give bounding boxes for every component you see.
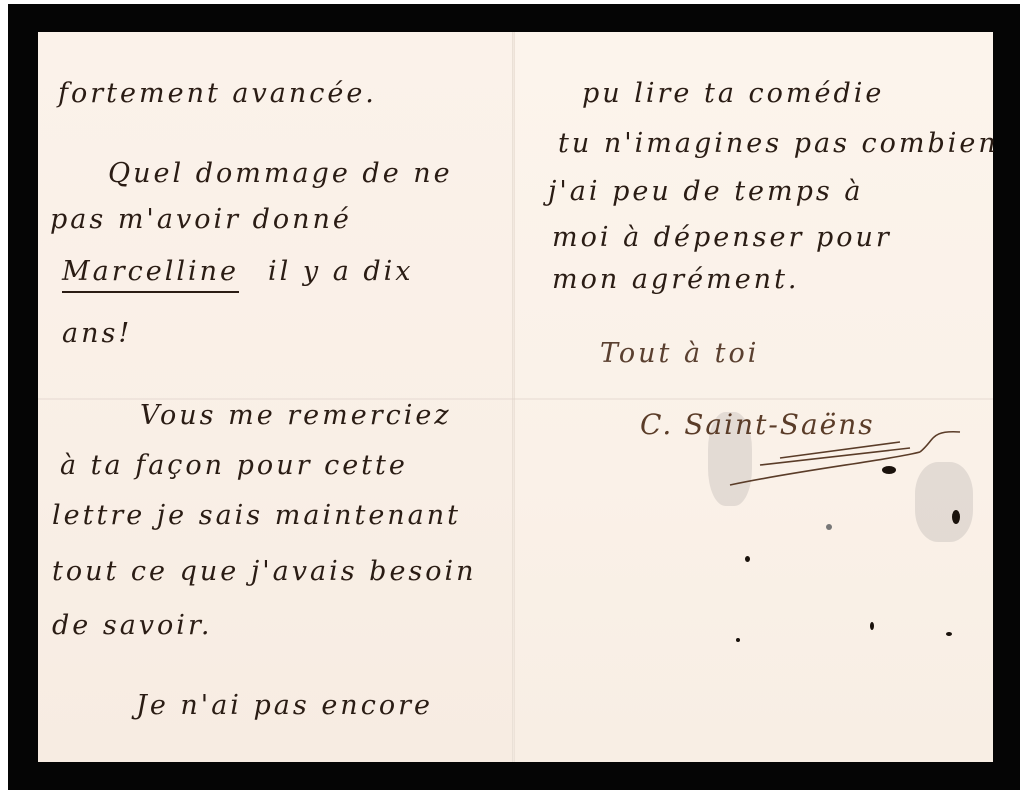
letter-line: Quel dommage de ne xyxy=(108,158,453,189)
ink-blot xyxy=(745,556,750,562)
letter-line: fortement avancée. xyxy=(58,78,377,109)
letter-line: moi à dépenser pour xyxy=(552,222,892,253)
letter-line: lettre je sais maintenant xyxy=(52,500,461,531)
signature-flourish xyxy=(720,430,970,490)
ink-blot xyxy=(870,622,874,630)
closing-salutation: Tout à toi xyxy=(600,338,759,369)
letter-line: Je n'ai pas encore xyxy=(136,690,433,721)
letter-line: j'ai peu de temps à xyxy=(548,176,863,207)
letter-line: Vous me remerciez xyxy=(140,400,452,431)
letter-line: à ta façon pour cette xyxy=(60,450,408,481)
ink-blot xyxy=(946,632,952,636)
ink-blot xyxy=(882,466,896,474)
left-page xyxy=(38,32,513,762)
ink-blot xyxy=(952,510,960,524)
letter-line: il y a dix xyxy=(268,256,414,287)
page-fold-gutter xyxy=(512,32,515,762)
letter-line: de savoir. xyxy=(52,610,212,641)
letter-line: mon agrément. xyxy=(552,264,800,295)
letter-line: pas m'avoir donné xyxy=(50,204,352,235)
underlined-title-marcelline: Marcelline xyxy=(62,256,239,293)
letter-line: pu lire ta comédie xyxy=(582,78,884,109)
letter-line: tout ce que j'avais besoin xyxy=(52,556,477,587)
ink-blot xyxy=(826,524,832,530)
letter-line: tu n'imagines pas combien xyxy=(558,128,999,159)
ink-blot xyxy=(736,638,740,642)
letter-line: ans! xyxy=(62,318,132,349)
